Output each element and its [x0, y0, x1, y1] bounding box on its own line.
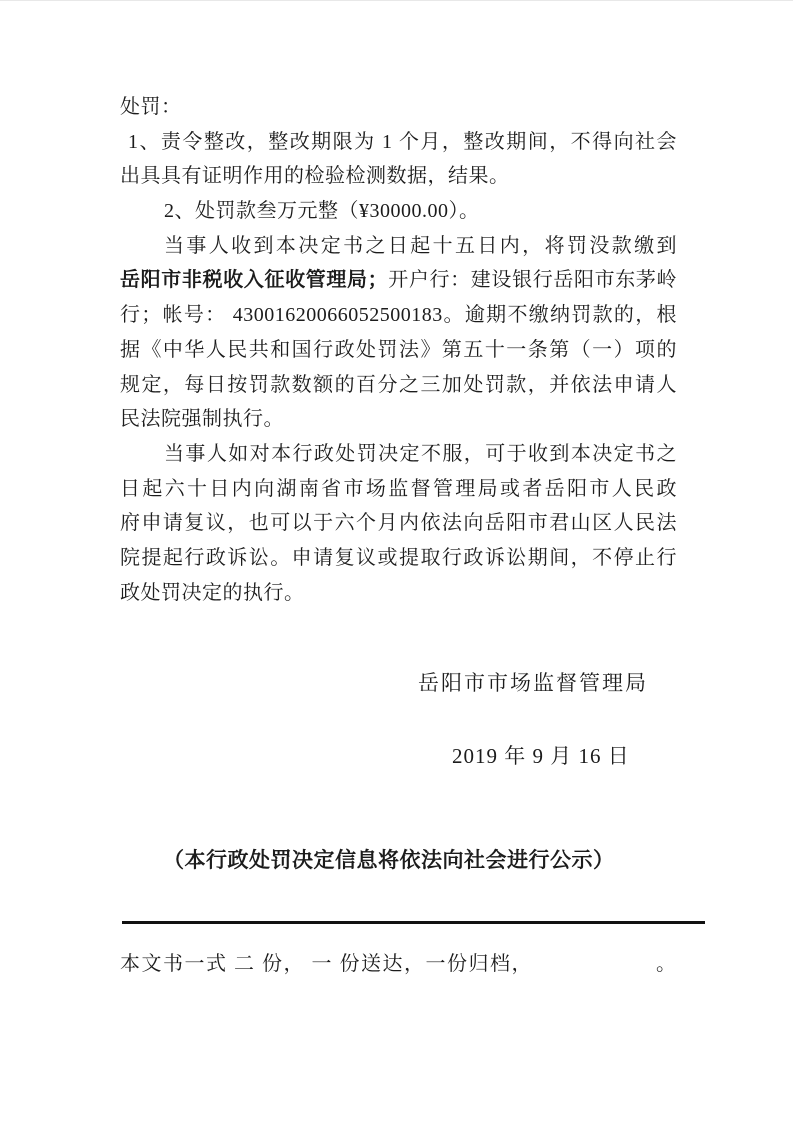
copies-distribution-note: 本文书一式 二 份， 一 份送达，一份归档， [120, 947, 533, 976]
publicity-notice: （本行政处罚决定信息将依法向社会进行公示） [163, 844, 615, 874]
body-line-penalty-item-2: 2、处罚款叁万元整（¥30000.00）。 [120, 194, 677, 229]
payee-agency-name: 岳阳市非税收入征收管理局； [120, 269, 388, 291]
body-line-appeal-intro: 当事人如对本行政处罚决定不服，可于收到本决定书之 [120, 437, 677, 472]
body-line-appeal-end: 政处罚决定的执行。 [120, 576, 677, 611]
document-body: 处罚： 1、责令整改，整改期限为 1 个月，整改期间，不得向社会 出具具有证明作… [120, 90, 677, 610]
body-line-appeal-court: 府申请复议，也可以于六个月内依法向岳阳市君山区人民法 [120, 506, 677, 541]
body-line-appeal-review: 日起六十日内向湖南省市场监督管理局或者岳阳市人民政 [120, 472, 677, 507]
decision-date: 2019 年 9 月 16 日 [452, 740, 630, 770]
body-line-payee: 岳阳市非税收入征收管理局；开户行：建设银行岳阳市东茅岭支 [120, 263, 677, 298]
issuing-agency-signature: 岳阳市市场监督管理局 [418, 667, 648, 697]
penalty-decision-document-page: 处罚： 1、责令整改，整改期限为 1 个月，整改期间，不得向社会 出具具有证明作… [0, 0, 793, 1123]
body-line-payment-intro: 当事人收到本决定书之日起十五日内，将罚没款缴到 [120, 229, 677, 264]
footer-divider-line [122, 921, 705, 924]
body-line-enforcement: 民法院强制执行。 [120, 402, 677, 437]
body-line-penalty-heading: 处罚： [120, 90, 677, 125]
body-line-appeal-litigation: 院提起行政诉讼。申请复议或提取行政诉讼期间，不停止行 [120, 541, 677, 576]
body-line-penalty-item-1: 1、责令整改，整改期限为 1 个月，整改期间，不得向社会 [120, 125, 677, 160]
body-line-law-reference: 据《中华人民共和国行政处罚法》第五十一条第（一）项的 [120, 333, 677, 368]
body-line-late-penalty: 规定，每日按罚款数额的百分之三加处罚款，并依法申请人 [120, 368, 677, 403]
body-line-account-number: 行；帐号： 43001620066052500183。逾期不缴纳罚款的，根 [120, 298, 677, 333]
body-line-penalty-item-1-cont: 出具具有证明作用的检验检测数据，结果。 [120, 159, 677, 194]
copies-note-trailing-period: 。 [656, 947, 676, 976]
